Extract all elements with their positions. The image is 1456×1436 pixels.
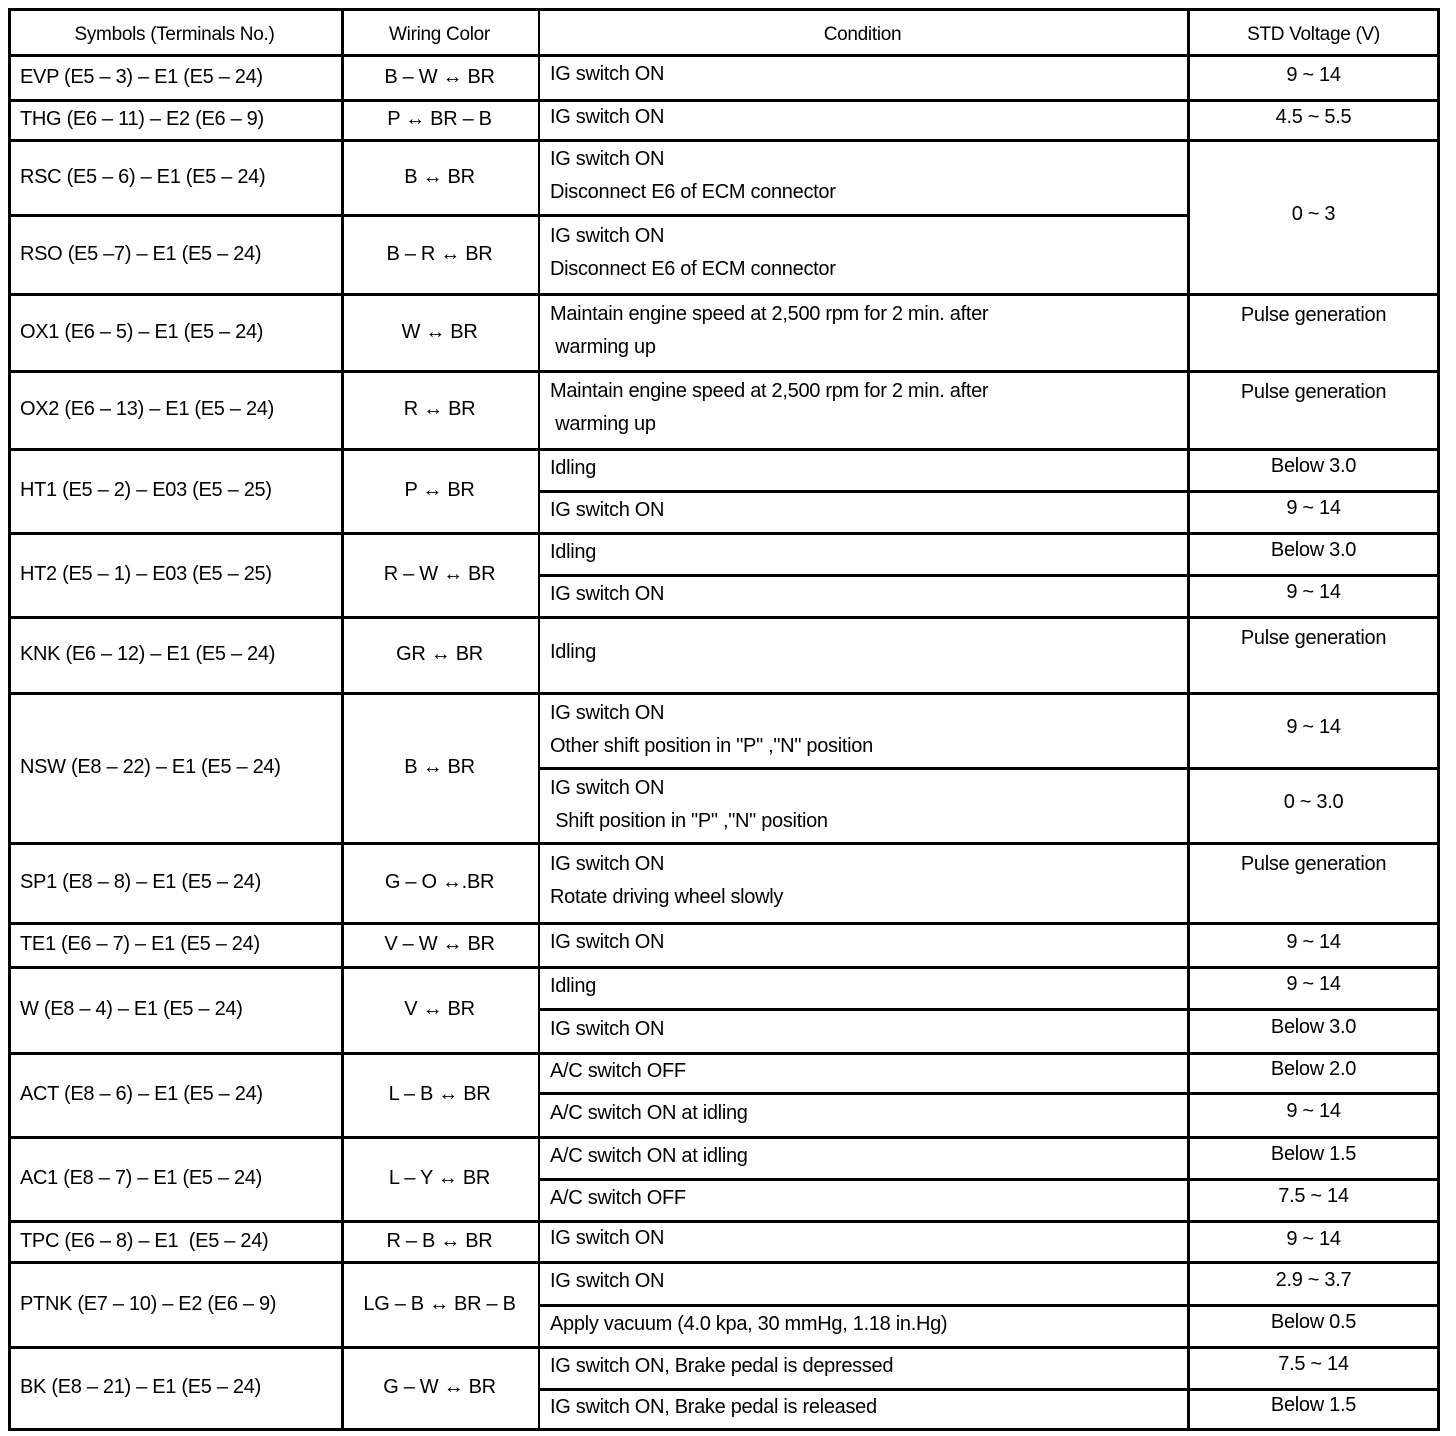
condition-text: IG switch ON, Brake pedal is released [550,1392,877,1423]
std-voltage: Pulse generation [1187,849,1440,880]
condition-text: Maintain engine speed at 2,500 rpm for 2… [550,376,988,407]
std-voltage: Below 1.5 [1187,1390,1440,1421]
condition-text: A/C switch OFF [550,1183,686,1214]
condition-text: IG switch ON [550,1223,664,1254]
column-divider [538,8,540,1428]
condition-text: IG switch ON [550,927,664,958]
wiring-color: LG – B ↔ BR – B [341,1289,538,1320]
row-divider [8,1428,1440,1431]
std-voltage: Below 3.0 [1187,451,1440,482]
terminal-symbol: HT2 (E5 – 1) – E03 (E5 – 25) [20,559,272,590]
terminal-symbol: TPC (E6 – 8) – E1 (E5 – 24) [20,1226,268,1257]
table-border-left [8,8,11,1428]
sub-row-divider [538,767,1440,770]
terminal-symbol: AC1 (E8 – 7) – E1 (E5 – 24) [20,1163,262,1194]
std-voltage: Below 1.5 [1187,1139,1440,1170]
condition-text: IG switch ON [550,773,664,804]
header-divider [8,54,1440,57]
terminal-symbol: KNK (E6 – 12) – E1 (E5 – 24) [20,639,275,670]
wiring-color: GR ↔ BR [341,639,538,670]
row-divider [8,139,1440,142]
condition-text: IG switch ON [550,221,664,252]
condition-text: IG switch ON [550,59,664,90]
condition-text: IG switch ON [550,495,664,526]
condition-text: Rotate driving wheel slowly [550,882,783,913]
wiring-color: B – W ↔ BR [341,62,538,93]
condition-text: Disconnect E6 of ECM connector [550,177,836,208]
wiring-color: L – B ↔ BR [341,1079,538,1110]
std-voltage: 4.5 ~ 5.5 [1187,102,1440,133]
std-voltage: 7.5 ~ 14 [1187,1349,1440,1380]
std-voltage: 9 ~ 14 [1187,969,1440,1000]
std-voltage: 9 ~ 14 [1187,927,1440,958]
condition-text: IG switch ON [550,698,664,729]
row-divider [8,370,1440,373]
terminal-symbol: EVP (E5 – 3) – E1 (E5 – 24) [20,62,263,93]
wiring-color: B – R ↔ BR [341,239,538,270]
terminal-symbol: RSO (E5 –7) – E1 (E5 – 24) [20,239,261,270]
std-voltage: 9 ~ 14 [1187,493,1440,524]
condition-text: Other shift position in "P" ,"N" positio… [550,731,873,762]
condition-text: IG switch ON [550,849,664,880]
std-voltage: Below 3.0 [1187,535,1440,566]
condition-text: Disconnect E6 of ECM connector [550,254,836,285]
condition-text: warming up [550,332,656,363]
condition-text: Idling [550,453,596,484]
terminal-symbol: NSW (E8 – 22) – E1 (E5 – 24) [20,752,281,783]
terminal-symbol: TE1 (E6 – 7) – E1 (E5 – 24) [20,929,260,960]
wiring-color: R – B ↔ BR [341,1226,538,1257]
std-voltage: 9 ~ 14 [1187,1096,1440,1127]
wiring-color: R ↔ BR [341,394,538,425]
condition-text: A/C switch OFF [550,1056,686,1087]
condition-text: IG switch ON, Brake pedal is depressed [550,1351,893,1382]
std-voltage: Pulse generation [1187,377,1440,408]
header-symbols: Symbols (Terminals No.) [8,19,341,50]
condition-text: Shift position in "P" ,"N" position [550,806,828,837]
condition-text: Idling [550,637,596,668]
row-divider [8,692,1440,695]
std-voltage: 9 ~ 14 [1187,712,1440,743]
std-voltage: 9 ~ 14 [1187,1224,1440,1255]
std-voltage: 0 ~ 3 [1187,199,1440,230]
wiring-color: L – Y ↔ BR [341,1163,538,1194]
row-divider [8,616,1440,619]
row-divider [8,842,1440,845]
std-voltage: 9 ~ 14 [1187,60,1440,91]
terminal-symbol: ACT (E8 – 6) – E1 (E5 – 24) [20,1079,263,1110]
std-voltage: Below 0.5 [1187,1307,1440,1338]
wiring-color: G – W ↔ BR [341,1372,538,1403]
condition-text: Maintain engine speed at 2,500 rpm for 2… [550,299,988,330]
std-voltage: Pulse generation [1187,623,1440,654]
condition-text: Apply vacuum (4.0 kpa, 30 mmHg, 1.18 in.… [550,1309,947,1340]
std-voltage: Below 3.0 [1187,1012,1440,1043]
table-border-top [8,8,1440,11]
std-voltage: 2.9 ~ 3.7 [1187,1265,1440,1296]
row-divider [8,922,1440,925]
header-std-voltage: STD Voltage (V) [1187,19,1440,50]
wiring-color: V – W ↔ BR [341,929,538,960]
terminal-symbol: OX1 (E6 – 5) – E1 (E5 – 24) [20,317,263,348]
terminal-symbol: BK (E8 – 21) – E1 (E5 – 24) [20,1372,261,1403]
column-divider [341,8,344,1428]
terminal-symbol: HT1 (E5 – 2) – E03 (E5 – 25) [20,475,272,506]
terminal-symbol: PTNK (E7 – 10) – E2 (E6 – 9) [20,1289,276,1320]
wiring-color: B ↔ BR [341,162,538,193]
wiring-color: R – W ↔ BR [341,559,538,590]
std-voltage: 7.5 ~ 14 [1187,1181,1440,1212]
header-condition: Condition [538,19,1187,50]
row-divider [8,293,1440,296]
wiring-color: B ↔ BR [341,752,538,783]
wiring-color: G – O ↔.BR [341,867,538,898]
wiring-color: P ↔ BR [341,475,538,506]
condition-text: warming up [550,409,656,440]
condition-text: IG switch ON [550,102,664,133]
std-voltage: 9 ~ 14 [1187,577,1440,608]
condition-text: Idling [550,537,596,568]
condition-text: IG switch ON [550,1014,664,1045]
terminal-symbol: RSC (E5 – 6) – E1 (E5 – 24) [20,162,265,193]
wiring-color: W ↔ BR [341,317,538,348]
std-voltage: Pulse generation [1187,300,1440,331]
terminal-symbol: SP1 (E8 – 8) – E1 (E5 – 24) [20,867,261,898]
wiring-color: V ↔ BR [341,994,538,1025]
sub-row-divider [538,1092,1440,1095]
condition-text: IG switch ON [550,579,664,610]
condition-text: IG switch ON [550,144,664,175]
terminal-symbol: OX2 (E6 – 13) – E1 (E5 – 24) [20,394,274,425]
condition-text: A/C switch ON at idling [550,1141,748,1172]
condition-text: A/C switch ON at idling [550,1098,748,1129]
sub-row-divider [538,1008,1440,1011]
row-divider [8,214,1187,217]
condition-text: IG switch ON [550,1266,664,1297]
header-wiring-color: Wiring Color [341,19,538,50]
std-voltage: 0 ~ 3.0 [1187,787,1440,818]
condition-text: Idling [550,971,596,1002]
std-voltage: Below 2.0 [1187,1054,1440,1085]
voltage-spec-table: Symbols (Terminals No.)Wiring ColorCondi… [8,8,1442,1426]
terminal-symbol: W (E8 – 4) – E1 (E5 – 24) [20,994,243,1025]
wiring-color: P ↔ BR – B [341,104,538,135]
terminal-symbol: THG (E6 – 11) – E2 (E6 – 9) [20,104,264,135]
